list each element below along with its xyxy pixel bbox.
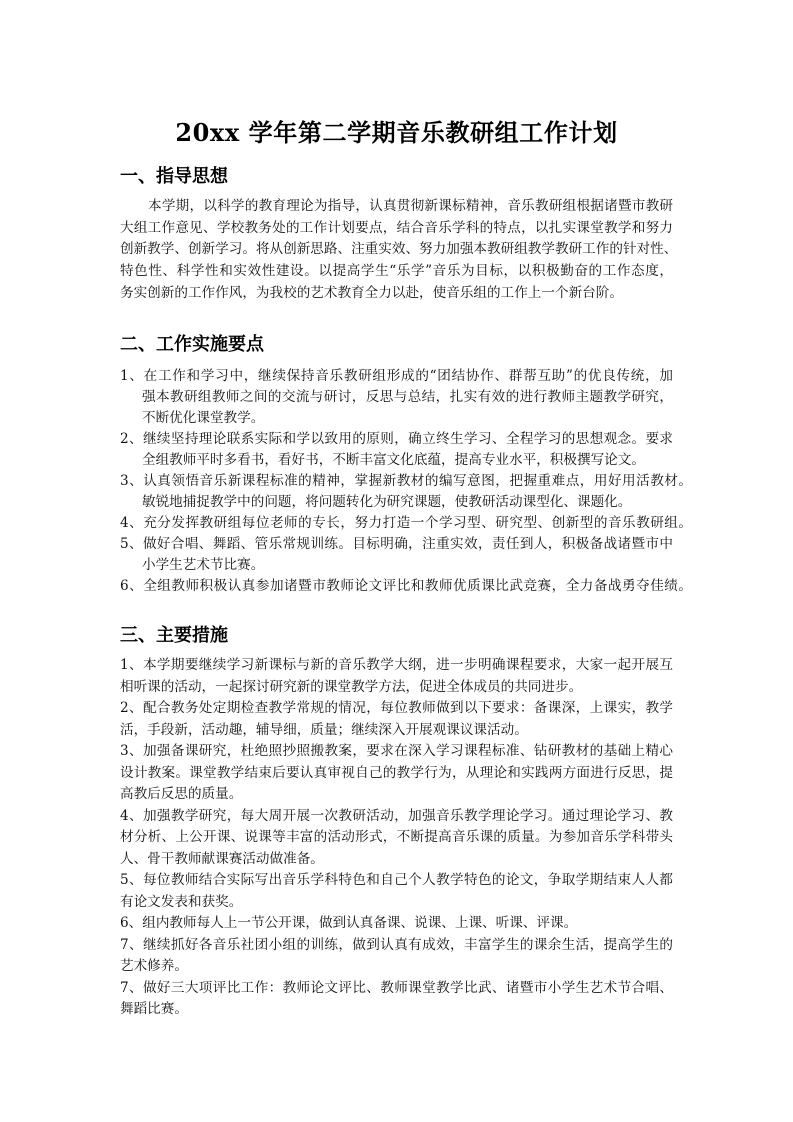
list-item: 6、组内教师每人上一节公开课，做到认真备课、说课、上课、听课、评课。	[120, 913, 673, 935]
list-item-line: 材分析、上公开课、说课等丰富的活动形式，不断提高音乐课的质量。为参加音乐学科带头	[120, 827, 673, 849]
list-item-line: 7、做好三大项评比工作：教师论文评比、教师课堂教学比武、诸暨市小学生艺术节合唱、	[120, 978, 673, 1000]
list-item-line: 3、认真领悟音乐新课程标准的精神，掌握新教材的编写意图，把握重难点，用好用活教材…	[120, 471, 692, 492]
list-item-line: 全组教师平时多看书，看好书，不断丰富文化底蕴，提高专业水平，积极撰写论文。	[142, 450, 673, 471]
list-item: 6、全组教师积极认真参加诸暨市教师论文评比和教师优质课比武竞赛，全力备战勇夺佳绩…	[120, 576, 673, 597]
list-item-line: 敏锐地捕捉教学中的问题，将问题转化为研究课题，使教研活动课型化、课题化。	[142, 492, 673, 513]
list-item-line: 艺术修养。	[120, 956, 673, 978]
list-item-line: 强本教研组教师之间的交流与研讨，反思与总结，扎实有效的进行教师主题教学研究，	[142, 387, 673, 408]
list-item: 7、继续抓好各音乐社团小组的训练，做到认真有成效，丰富学生的课余生活，提高学生的…	[120, 935, 673, 978]
list-item-line: 2、继续坚持理论联系实际和学以致用的原则，确立终生学习、全程学习的思想观念。要求	[120, 429, 673, 450]
list-item-line: 7、继续抓好各音乐社团小组的训练，做到认真有成效，丰富学生的课余生活，提高学生的	[120, 935, 673, 957]
section-heading-implementation-points: 二、工作实施要点	[120, 334, 264, 356]
paragraph-line: 创新教学、创新学习。将从创新思路、注重实效、努力加强本教研组教学教研工作的针对性…	[120, 239, 673, 261]
list-item: 4、充分发挥教研组每位老师的专长，努力打造一个学习型、研究型、创新型的音乐教研组…	[120, 513, 673, 534]
paragraph-line: 本学期，以科学的教育理论为指导，认真贯彻新课标精神，音乐教研组根据诸暨市教研	[148, 196, 673, 218]
list-item: 2、继续坚持理论联系实际和学以致用的原则，确立终生学习、全程学习的思想观念。要求…	[120, 429, 673, 471]
list-item: 5、每位教师结合实际写出音乐学科特色和自己个人教学特色的论文，争取学期结束人人都…	[120, 870, 673, 913]
list-item: 3、认真领悟音乐新课程标准的精神，掌握新教材的编写意图，把握重难点，用好用活教材…	[120, 471, 673, 513]
document-page: 20xx 学年第二学期音乐教研组工作计划 一、指导思想 本学期，以科学的教育理论…	[0, 0, 793, 1122]
list-item-line: 人、骨干教师献课赛活动做准备。	[120, 849, 673, 871]
section-heading-main-measures: 三、主要措施	[120, 625, 228, 647]
list-item-line: 6、组内教师每人上一节公开课，做到认真备课、说课、上课、听课、评课。	[120, 913, 673, 935]
list-item-line: 小学生艺术节比赛。	[142, 555, 673, 576]
list-item-line: 舞蹈比赛。	[120, 999, 673, 1021]
list-item-line: 相听课的活动，一起探讨研究新的课堂教学方法，促进全体成员的共同进步。	[120, 677, 673, 699]
list-item-line: 1、本学期要继续学习新课标与新的音乐教学大纲，进一步明确课程要求，大家一起开展互	[120, 655, 673, 677]
paragraph-line: 务实创新的工作作风，为我校的艺术教育全力以赴，使音乐组的工作上一个新台阶。	[120, 283, 673, 305]
paragraph-line: 大组工作意见、学校教务处的工作计划要点，结合音乐学科的特点，以扎实课堂教学和努力	[120, 218, 673, 240]
list-item-line: 6、全组教师积极认真参加诸暨市教师论文评比和教师优质课比武竞赛，全力备战勇夺佳绩…	[120, 576, 692, 597]
main-measures-list: 1、本学期要继续学习新课标与新的音乐教学大纲，进一步明确课程要求，大家一起开展互…	[120, 655, 673, 1021]
list-item-line: 设计教案。课堂教学结束后要认真审视自己的教学行为，从理论和实践两方面进行反思，提	[120, 763, 673, 785]
implementation-points-list: 1、在工作和学习中，继续保持音乐教研组形成的“团结协作、群帮互助”的优良传统，加…	[120, 366, 673, 597]
list-item-line: 4、加强教学研究，每大周开展一次教研活动，加强音乐教学理论学习。通过理论学习、教	[120, 806, 673, 828]
list-item: 7、做好三大项评比工作：教师论文评比、教师课堂教学比武、诸暨市小学生艺术节合唱、…	[120, 978, 673, 1021]
list-item-line: 1、在工作和学习中，继续保持音乐教研组形成的“团结协作、群帮互助”的优良传统，加	[120, 366, 673, 387]
list-item-line: 5、做好合唱、舞蹈、管乐常规训练。目标明确，注重实效，责任到人，积极备战诸暨市中	[120, 534, 673, 555]
list-item: 2、配合教务处定期检查教学常规的情况，每位教师做到以下要求：备课深，上课实，教学…	[120, 698, 673, 741]
list-item-line: 5、每位教师结合实际写出音乐学科特色和自己个人教学特色的论文，争取学期结束人人都	[120, 870, 673, 892]
list-item-line: 2、配合教务处定期检查教学常规的情况，每位教师做到以下要求：备课深，上课实，教学	[120, 698, 673, 720]
list-item: 3、加强备课研究，杜绝照抄照搬教案，要求在深入学习课程标准、钻研教材的基础上精心…	[120, 741, 673, 806]
list-item: 5、做好合唱、舞蹈、管乐常规训练。目标明确，注重实效，责任到人，积极备战诸暨市中…	[120, 534, 673, 576]
section-heading-guiding-ideology: 一、指导思想	[120, 166, 228, 188]
paragraph-line: 特色性、科学性和实效性建设。以提高学生“乐学”音乐为目标，以积极勤奋的工作态度，	[120, 261, 673, 283]
list-item-line: 3、加强备课研究，杜绝照抄照搬教案，要求在深入学习课程标准、钻研教材的基础上精心	[120, 741, 673, 763]
list-item: 1、本学期要继续学习新课标与新的音乐教学大纲，进一步明确课程要求，大家一起开展互…	[120, 655, 673, 698]
list-item-line: 活，手段新，活动趣，辅导细，质量；继续深入开展观课议课活动。	[120, 720, 673, 742]
list-item: 4、加强教学研究，每大周开展一次教研活动，加强音乐教学理论学习。通过理论学习、教…	[120, 806, 673, 871]
list-item-line: 高教后反思的质量。	[120, 784, 673, 806]
list-item-line: 不断优化课堂教学。	[142, 408, 673, 429]
list-item-line: 4、充分发挥教研组每位老师的专长，努力打造一个学习型、研究型、创新型的音乐教研组…	[120, 513, 692, 534]
list-item: 1、在工作和学习中，继续保持音乐教研组形成的“团结协作、群帮互助”的优良传统，加…	[120, 366, 673, 429]
list-item-line: 有论文发表和获奖。	[120, 892, 673, 914]
document-title: 20xx 学年第二学期音乐教研组工作计划	[0, 118, 793, 148]
section-paragraph-guiding-ideology: 本学期，以科学的教育理论为指导，认真贯彻新课标精神，音乐教研组根据诸暨市教研 大…	[120, 196, 673, 304]
